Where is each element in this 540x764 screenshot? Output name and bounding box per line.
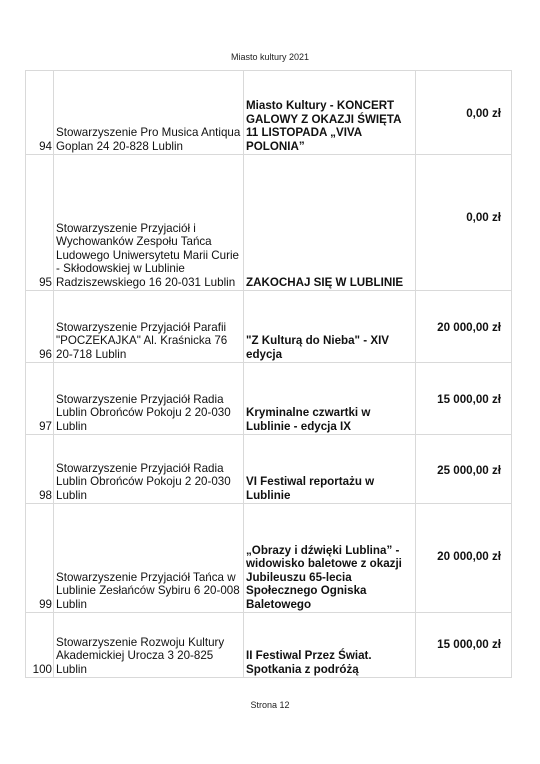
amount: 20 000,00 zł [416,291,512,363]
table-row: 96 Stowarzyszenie Przyjaciół Parafii "PO… [26,291,512,363]
row-number: 96 [26,291,54,363]
project-title: II Festiwal Przez Świat. Spotkania z pod… [244,613,416,678]
project-title: Kryminalne czwartki w Lublinie - edycja … [244,363,416,435]
organization: Stowarzyszenie Rozwoju Kultury Akademick… [54,613,244,678]
table-row: 94 Stowarzyszenie Pro Musica Antiqua Gop… [26,71,512,155]
amount: 15 000,00 zł [416,363,512,435]
organization: Stowarzyszenie Przyjaciół Radia Lublin O… [54,363,244,435]
row-number: 100 [26,613,54,678]
row-number: 97 [26,363,54,435]
table-row: 95 Stowarzyszenie Przyjaciół i Wychowank… [26,155,512,291]
page-header: Miasto kultury 2021 [0,52,540,62]
organization: Stowarzyszenie Przyjaciół i Wychowanków … [54,155,244,291]
table-row: 99 Stowarzyszenie Przyjaciół Tańca w Lub… [26,504,512,613]
table-row: 100 Stowarzyszenie Rozwoju Kultury Akade… [26,613,512,678]
amount: 20 000,00 zł [416,504,512,613]
row-number: 94 [26,71,54,155]
amount: 0,00 zł [416,71,512,155]
row-number: 99 [26,504,54,613]
amount: 15 000,00 zł [416,613,512,678]
project-title: „Obrazy i dźwięki Lublina” - widowisko b… [244,504,416,613]
project-title: ZAKOCHAJ SIĘ W LUBLINIE [244,155,416,291]
table-row: 97 Stowarzyszenie Przyjaciół Radia Lubli… [26,363,512,435]
amount: 0,00 zł [416,155,512,291]
row-number: 98 [26,435,54,504]
organization: Stowarzyszenie Przyjaciół Radia Lublin O… [54,435,244,504]
project-title: VI Festiwal reportażu w Lublinie [244,435,416,504]
organization: Stowarzyszenie Przyjaciół Parafii "POCZE… [54,291,244,363]
grants-table: 94 Stowarzyszenie Pro Musica Antiqua Gop… [25,70,512,678]
project-title: Miasto Kultury - KONCERT GALOWY Z OKAZJI… [244,71,416,155]
amount: 25 000,00 zł [416,435,512,504]
organization: Stowarzyszenie Pro Musica Antiqua Goplan… [54,71,244,155]
organization: Stowarzyszenie Przyjaciół Tańca w Lublin… [54,504,244,613]
project-title: "Z Kulturą do Nieba" - XIV edycja [244,291,416,363]
table-row: 98 Stowarzyszenie Przyjaciół Radia Lubli… [26,435,512,504]
page-number: Strona 12 [0,700,540,710]
row-number: 95 [26,155,54,291]
